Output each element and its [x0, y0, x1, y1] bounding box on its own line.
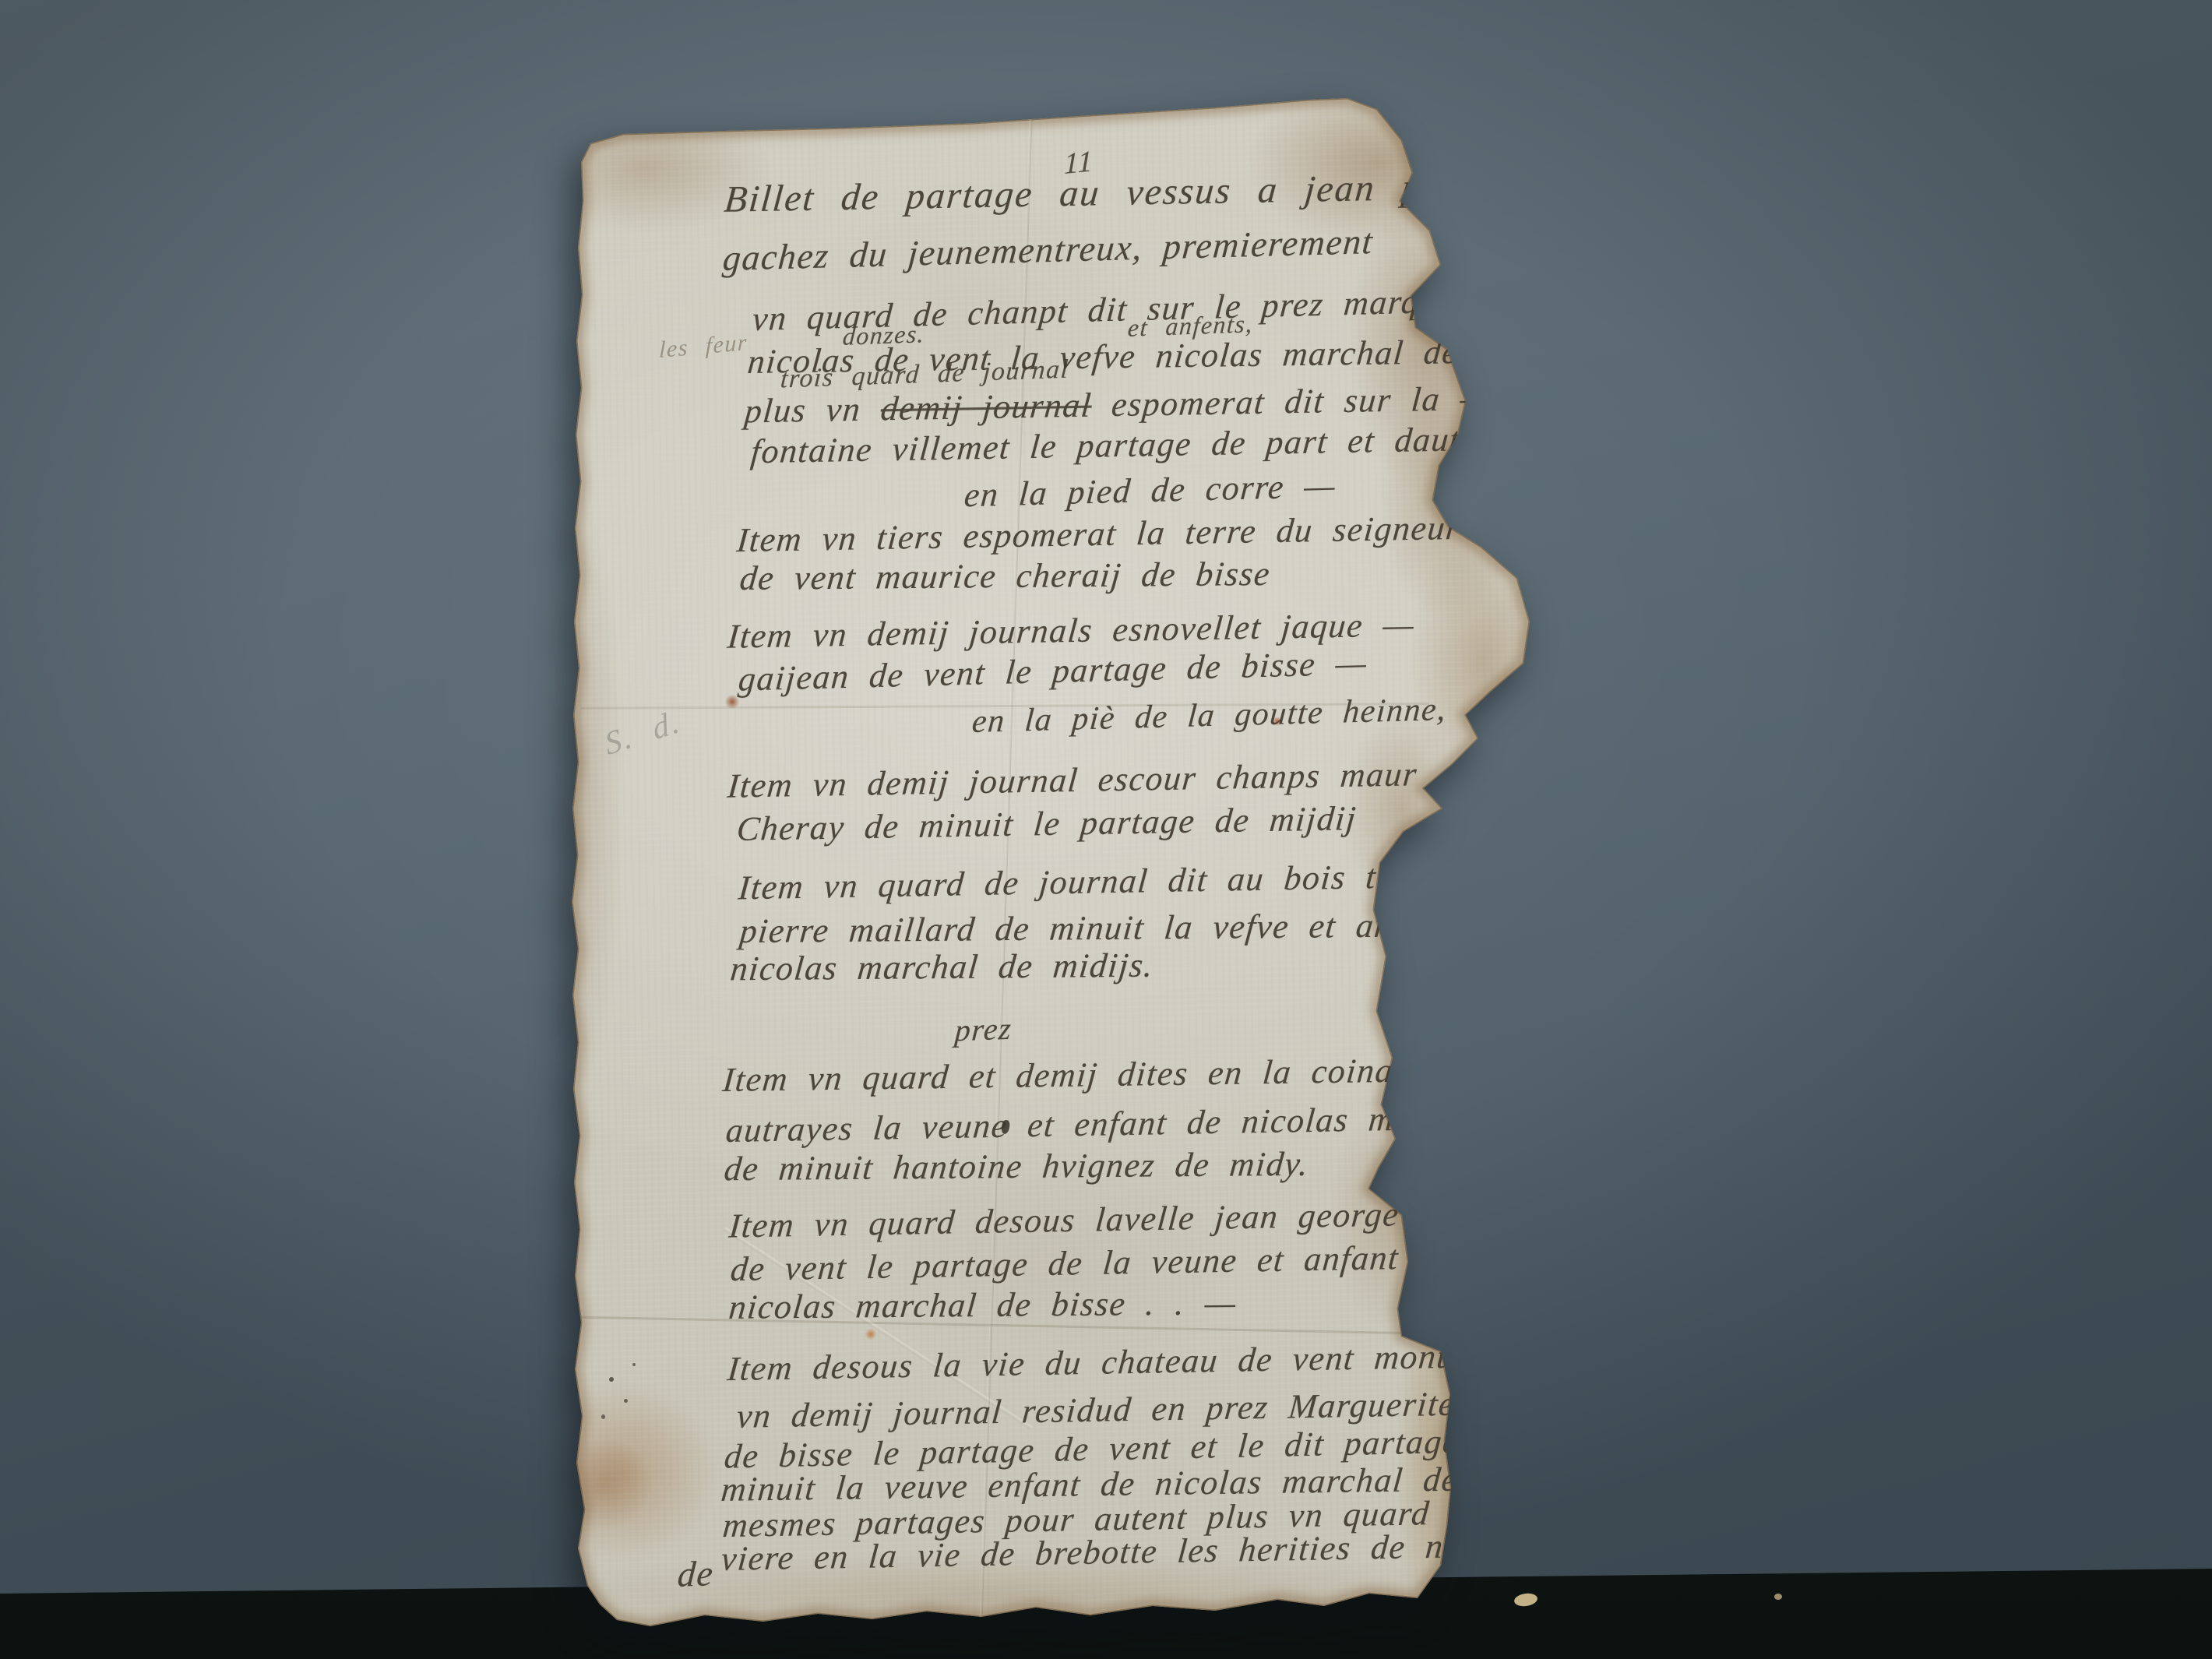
manuscript-line-1: Billet de partage au vessus a jean pierr…: [723, 167, 1502, 218]
manuscript-line-2: gachez du jeunementreux, premierement: [721, 224, 1375, 276]
manuscript-line-24: Item vn quard et demij dites en la coina…: [721, 1052, 1499, 1097]
manuscript-line-22: nicolas marchal de midijs.: [729, 949, 1155, 987]
photo-of-manuscript: 11Billet de partage au vessus a jean pie…: [0, 0, 2212, 1659]
manuscript-line-6: les feur: [659, 331, 748, 362]
manuscript-line-20: Item vn quard de journal dit au bois tie…: [737, 858, 1491, 906]
line-segment: espomerat dit sur la —: [1090, 379, 1494, 424]
manuscript-line-28: de vent le partage de la veune et anfant…: [729, 1240, 1455, 1287]
manuscript-line-17: en la piè de la goutte heinne,: [970, 693, 1447, 738]
handwritten-text-layer: 11Billet de partage au vessus a jean pie…: [0, 0, 2212, 1659]
struck-words: demij journal: [879, 386, 1094, 428]
manuscript-line-13: de vent maurice cheraij de bisse: [738, 557, 1272, 596]
manuscript-line-12: Item vn tiers espomerat la terre du seig…: [735, 511, 1462, 558]
manuscript-line-10: fontaine villemet le partage de part et …: [749, 422, 1492, 470]
manuscript-line-23: prez: [954, 1013, 1013, 1047]
manuscript-line-11: en la pied de corre —: [963, 469, 1337, 513]
manuscript-line-21: pierre maillard de minuit la vefve et an…: [738, 908, 1462, 949]
manuscript-sheet-wrap: 11Billet de partage au vessus a jean pie…: [0, 0, 2212, 1659]
manuscript-line-25: autrayes la veune et enfant de nicolas m…: [724, 1101, 1444, 1148]
manuscript-line-30: Item desous la vie du chateau de vent mo…: [726, 1340, 1449, 1386]
manuscript-line-16: S. d.: [602, 705, 684, 762]
manuscript-line-27: Item vn quard desous lavelle jean george…: [727, 1196, 1495, 1243]
manuscript-line-36: de: [676, 1555, 715, 1593]
manuscript-line-29: nicolas marchal de bisse . . —: [727, 1286, 1238, 1325]
line-segment: plus vn: [743, 389, 882, 430]
manuscript-line-18: Item vn demij journal escour chanps maur: [726, 757, 1419, 804]
manuscript-sheet: 11Billet de partage au vessus a jean pie…: [0, 0, 2212, 1659]
manuscript-line-19: Cheray de minuit le partage de mijdij: [735, 801, 1358, 847]
manuscript-line-26: de minuit hantoine hvignez de midy.: [723, 1147, 1311, 1187]
